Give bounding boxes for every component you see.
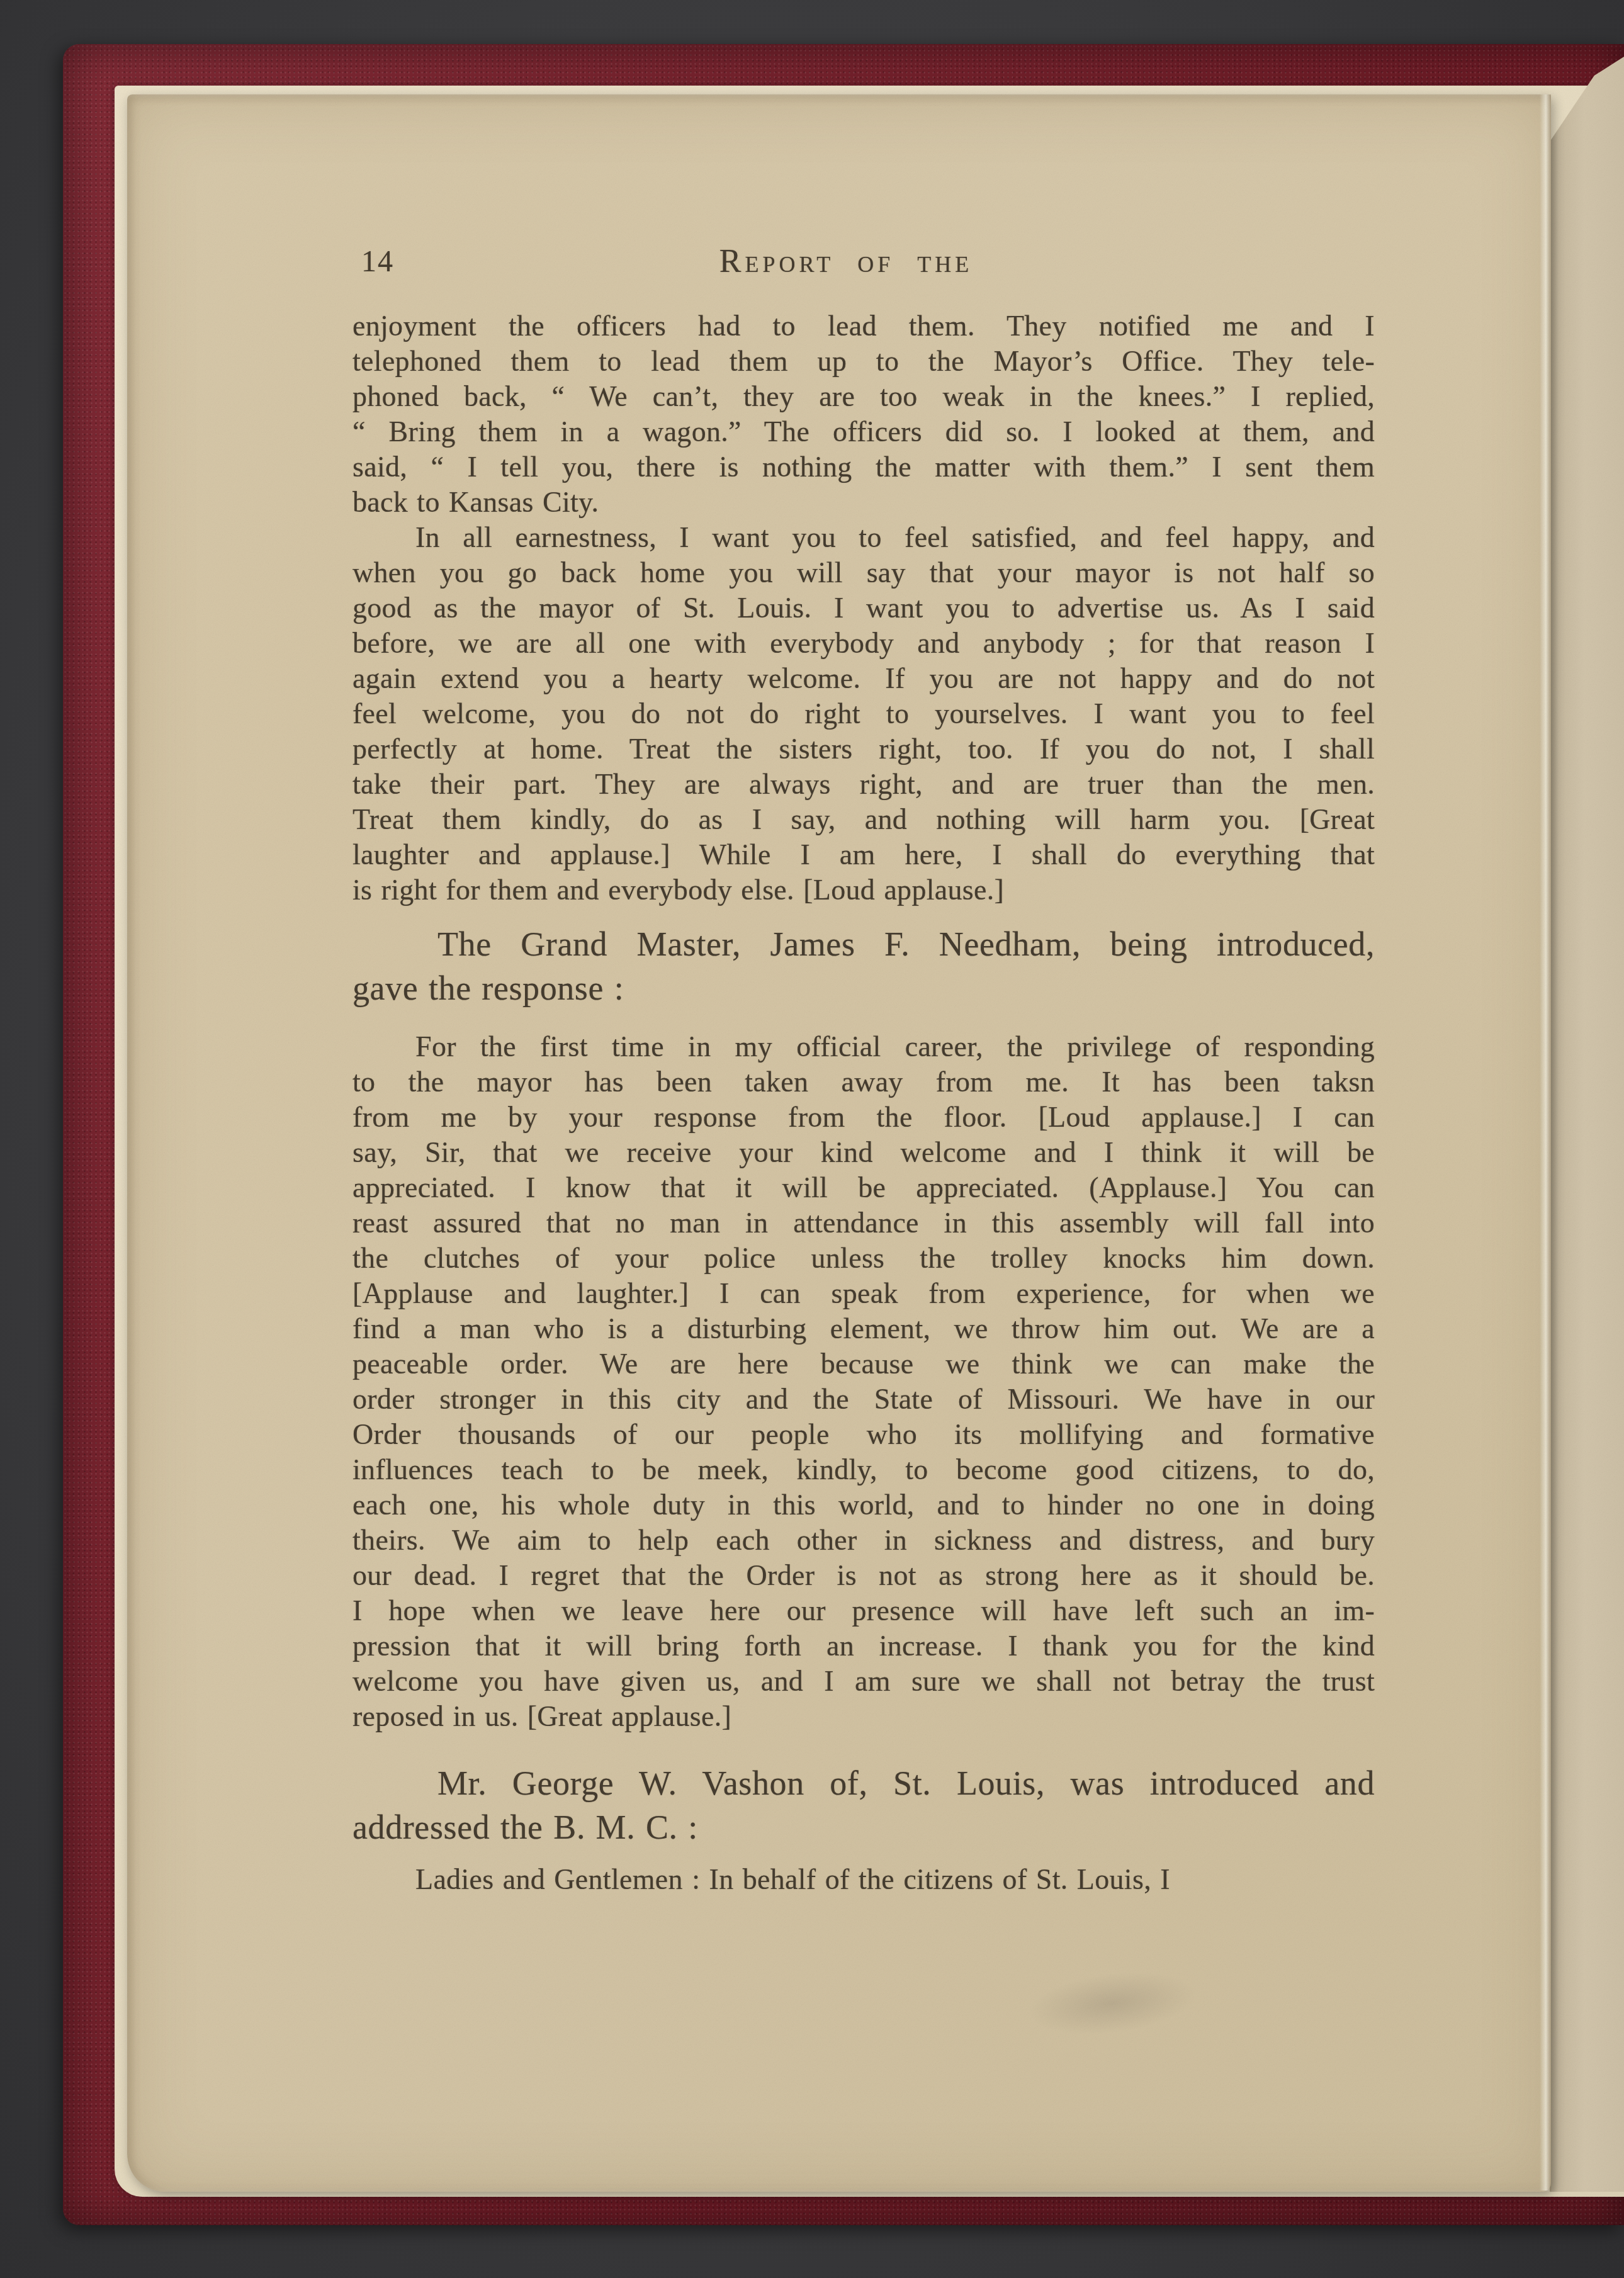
paragraph-2: In all earnestness, I want you to feel s…: [352, 520, 1375, 908]
text-line: “ Bring them in a wagon.” The officers d…: [352, 414, 1375, 449]
text-line: In all earnestness, I want you to feel s…: [352, 520, 1375, 555]
paragraph-6: Ladies and Gentlemen : In behalf of the …: [352, 1862, 1375, 1897]
text-line: again extend you a hearty welcome. If yo…: [352, 661, 1375, 696]
paragraph-1: enjoyment the officers had to lead them.…: [352, 308, 1375, 520]
text-line: is right for them and everybody else. [L…: [352, 872, 1375, 908]
running-title: Report of the: [719, 244, 973, 279]
page-content: 14 Report of the enjoyment the officers …: [127, 94, 1551, 2192]
text-line: perfectly at home. Treat the sisters rig…: [352, 731, 1375, 767]
text-line: peaceable order. We are here because we …: [352, 1346, 1375, 1382]
text-line: say, Sir, that we receive your kind welc…: [352, 1135, 1375, 1170]
text-line: telephoned them to lead them up to the M…: [352, 344, 1375, 379]
text-line: find a man who is a disturbing element, …: [352, 1311, 1375, 1346]
text-line: addressed the B. M. C. :: [352, 1805, 1375, 1849]
text-line: pression that it will bring forth an inc…: [352, 1628, 1375, 1664]
text-line: when you go back home you will say that …: [352, 555, 1375, 590]
text-line: our dead. I regret that the Order is not…: [352, 1558, 1375, 1593]
text-line: The Grand Master, James F. Needham, bein…: [352, 922, 1375, 966]
text-line: I hope when we leave here our presence w…: [352, 1593, 1375, 1628]
text-line: theirs. We aim to help each other in sic…: [352, 1523, 1375, 1558]
text-line: good as the mayor of St. Louis. I want y…: [352, 590, 1375, 626]
text-line: Treat them kindly, do as I say, and noth…: [352, 802, 1375, 837]
text-line: Ladies and Gentlemen : In behalf of the …: [352, 1862, 1375, 1897]
text-line: influences teach to be meek, kindly, to …: [352, 1452, 1375, 1487]
text-line: from me by your response from the floor.…: [352, 1100, 1375, 1135]
text-line: appreciated. I know that it will be appr…: [352, 1170, 1375, 1205]
text-line: laughter and applause.] While I am here,…: [352, 837, 1375, 872]
text-line: feel welcome, you do not do right to you…: [352, 696, 1375, 731]
text-line: the clutches of your police unless the t…: [352, 1241, 1375, 1276]
text-line: reast assured that no man in attendance …: [352, 1205, 1375, 1241]
text-line: Order thousands of our people who its mo…: [352, 1417, 1375, 1452]
next-page-fore-edge: [1550, 57, 1624, 2192]
text-line: each one, his whole duty in this world, …: [352, 1487, 1375, 1523]
paragraph-4: For the first time in my official career…: [352, 1029, 1375, 1734]
text-line: Mr. George W. Vashon of, St. Louis, was …: [352, 1761, 1375, 1805]
text-line: phoned back, “ We can’t, they are too we…: [352, 379, 1375, 414]
text-line: gave the response :: [352, 966, 1375, 1010]
text-line: before, we are all one with everybody an…: [352, 626, 1375, 661]
text-line: [Applause and laughter.] I can speak fro…: [352, 1276, 1375, 1311]
page-number: 14: [361, 244, 394, 279]
text-line: take their part. They are always right, …: [352, 767, 1375, 802]
text-line: reposed in us. [Great applause.]: [352, 1699, 1375, 1734]
text-line: order stronger in this city and the Stat…: [352, 1382, 1375, 1417]
text-line: welcome you have given us, and I am sure…: [352, 1664, 1375, 1699]
running-header: 14 Report of the: [352, 244, 1375, 279]
text-line: back to Kansas City.: [352, 485, 1375, 520]
text-line: said, “ I tell you, there is nothing the…: [352, 449, 1375, 485]
paragraph-3-introduction: The Grand Master, James F. Needham, bein…: [352, 922, 1375, 1010]
paragraph-5-introduction: Mr. George W. Vashon of, St. Louis, was …: [352, 1761, 1375, 1849]
text-line: For the first time in my official career…: [352, 1029, 1375, 1064]
text-line: to the mayor has been taken away from me…: [352, 1064, 1375, 1100]
text-line: enjoyment the officers had to lead them.…: [352, 308, 1375, 344]
